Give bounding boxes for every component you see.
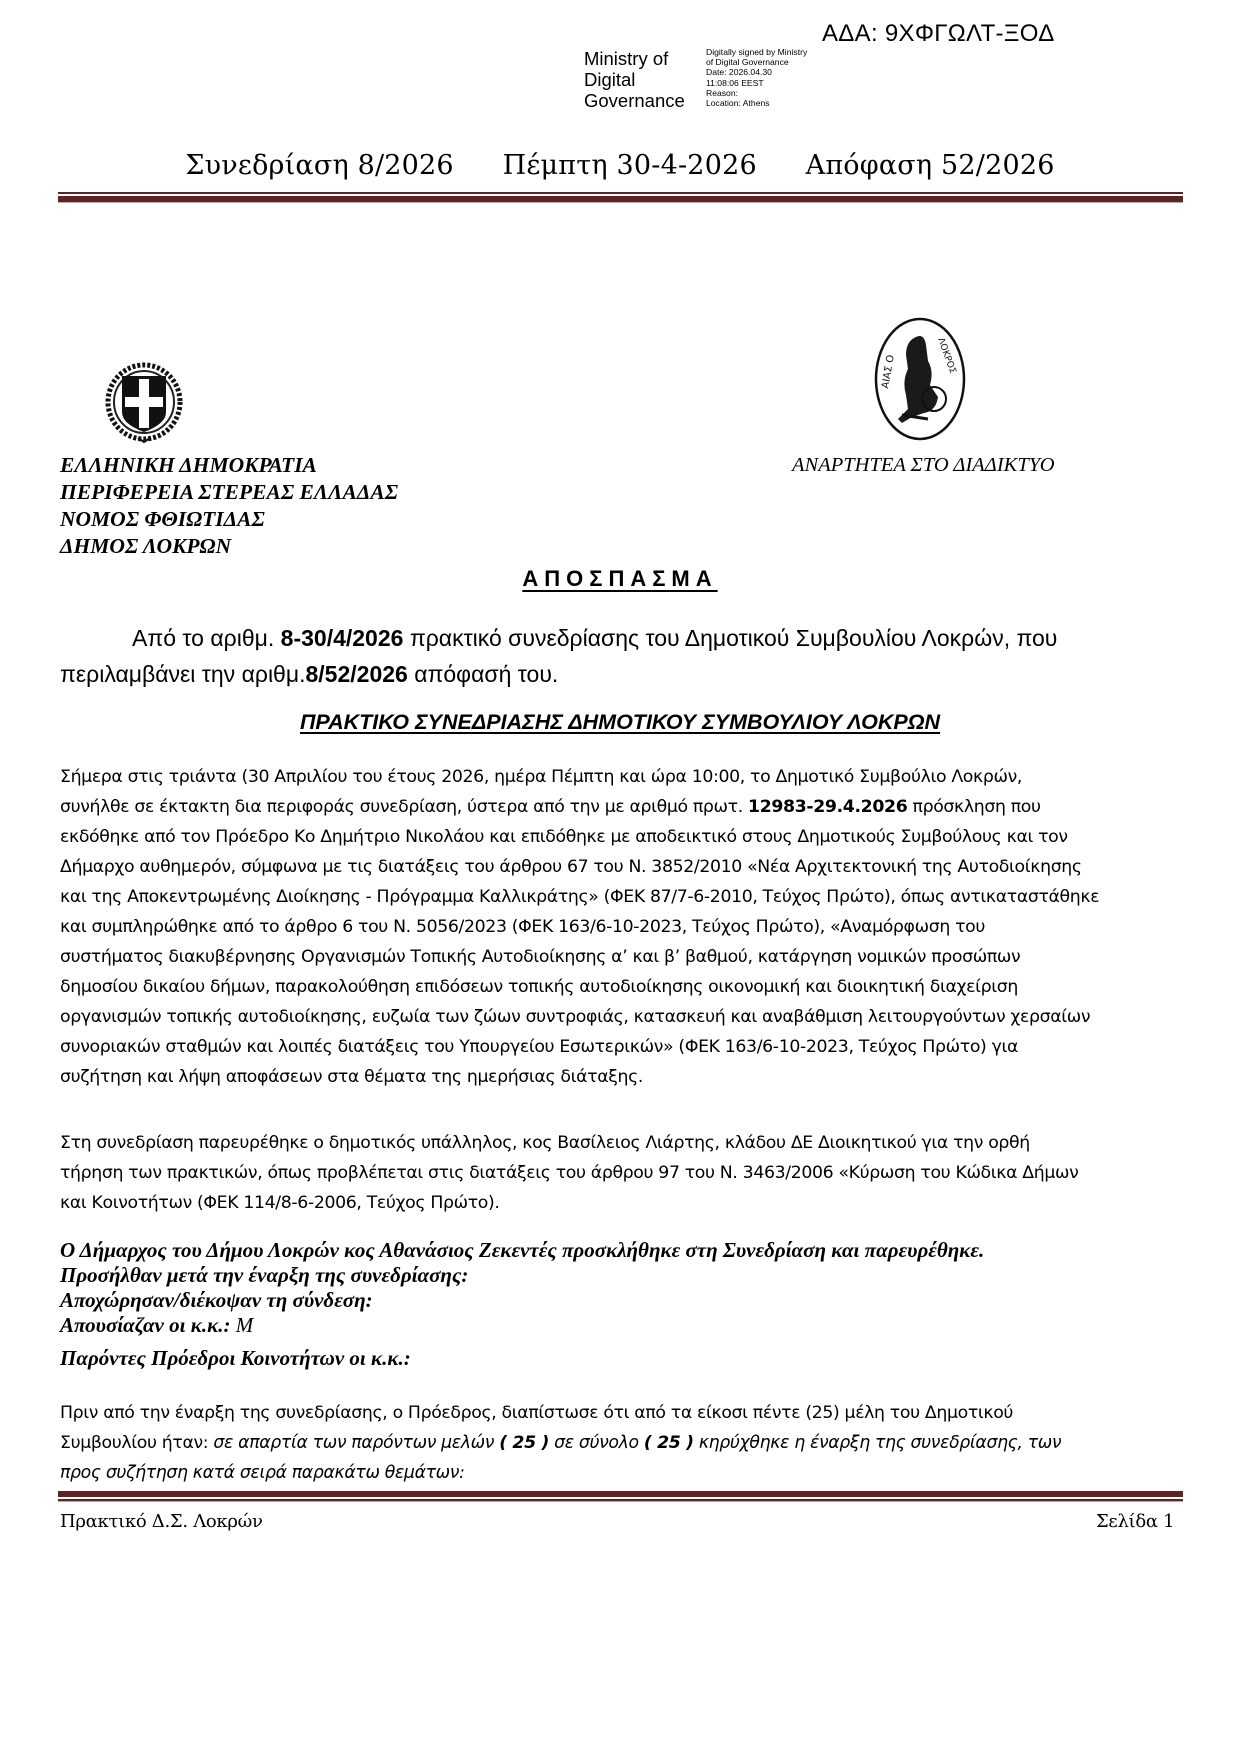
signature-date: Date: 2026.04.30: [706, 67, 807, 77]
signature-line: Digitally signed by Ministry: [706, 47, 807, 57]
session-date: Πέμπτη 30-4-2026: [503, 150, 757, 181]
signature-reason: Reason:: [706, 88, 807, 98]
community-presidents: Παρόντες Πρόεδροι Κοινοτήτων οι κ.κ.:: [60, 1346, 984, 1371]
page-header: Συνεδρίαση 8/2026 Πέμπτη 30-4-2026 Απόφα…: [0, 150, 1240, 181]
page-number: Σελίδα 1: [1096, 1511, 1174, 1532]
greek-coat-of-arms-icon: [104, 362, 184, 444]
municipality-locris-seal-icon: ΑΙΑΣ Ο ΛΟΚΡΟΣ: [872, 315, 968, 443]
issuing-authority: ΕΛΛΗΝΙΚΗ ΔΗΜΟΚΡΑΤΙΑ ΠΕΡΙΦΕΡΕΙΑ ΣΤΕΡΕΑΣ Ε…: [60, 452, 398, 560]
authority-line: ΕΛΛΗΝΙΚΗ ΔΗΜΟΚΡΑΤΙΑ: [60, 452, 398, 479]
ada-code: ΑΔΑ: 9ΧΦΓΩΛΤ-ΞΟΔ: [822, 20, 1055, 48]
svg-text:ΑΙΑΣ Ο: ΑΙΑΣ Ο: [880, 354, 897, 390]
absent-members: Απουσίαζαν οι κ.κ.: Μ: [60, 1313, 984, 1338]
signature-location: Location: Athens: [706, 98, 807, 108]
decision-ref: 8/52/2026: [306, 661, 408, 687]
session-paragraph: Σήμερα στις τριάντα (30 Απριλίου του έτο…: [60, 762, 1190, 1092]
authority-line: ΔΗΜΟΣ ΛΟΚΡΩΝ: [60, 533, 398, 560]
decision-number: Απόφαση 52/2026: [806, 150, 1055, 181]
signer-organization: Ministry of Digital Governance: [584, 48, 685, 111]
footer-document-name: Πρακτικό Δ.Σ. Λοκρών: [60, 1511, 263, 1532]
total-count: ( 25 ): [644, 1433, 694, 1453]
signer-org-line: Governance: [584, 90, 685, 111]
mayor-attendance: Ο Δήμαρχος του Δήμου Λοκρών κος Αθανάσιο…: [60, 1238, 984, 1263]
minutes-number: 8-30/4/2026: [281, 625, 404, 651]
signer-org-line: Digital: [584, 69, 685, 90]
publish-online-note: ΑΝΑΡΤΗΤΕΑ ΣΤΟ ΔΙΑΔΙΚΤΥΟ: [792, 454, 1055, 477]
digital-signature-details: Digitally signed by Ministry of Digital …: [706, 47, 807, 108]
attendance-block: Ο Δήμαρχος του Δήμου Λοκρών κος Αθανάσιο…: [60, 1238, 984, 1371]
secretary-paragraph: Στη συνεδρίαση παρευρέθηκε ο δημοτικός υ…: [60, 1128, 1190, 1218]
present-count: ( 25 ): [499, 1433, 549, 1453]
document-title: ΑΠΟΣΠΑΣΜΑ: [0, 566, 1240, 592]
authority-line: ΝΟΜΟΣ ΦΘΙΩΤΙΔΑΣ: [60, 506, 398, 533]
signature-time: 11:08:06 EEST: [706, 78, 807, 88]
footer-divider: [58, 1491, 1183, 1502]
header-divider: [58, 192, 1183, 203]
minutes-title: ΠΡΑΚΤΙΚΟ ΣΥΝΕΔΡΙΑΣΗΣ ΔΗΜΟΤΙΚΟΥ ΣΥΜΒΟΥΛΙΟ…: [0, 710, 1240, 735]
left-session: Αποχώρησαν/διέκοψαν τη σύνδεση:: [60, 1288, 984, 1313]
signer-org-line: Ministry of: [584, 48, 685, 69]
authority-line: ΠΕΡΙΦΕΡΕΙΑ ΣΤΕΡΕΑΣ ΕΛΛΑΔΑΣ: [60, 479, 398, 506]
quorum-paragraph: Πριν από την έναρξη της συνεδρίασης, ο Π…: [60, 1398, 1190, 1488]
arrived-late: Προσήλθαν μετά την έναρξη της συνεδρίαση…: [60, 1263, 984, 1288]
signature-line: of Digital Governance: [706, 57, 807, 67]
session-number: Συνεδρίαση 8/2026: [185, 150, 453, 181]
invitation-number: 12983-29.4.2026: [748, 797, 907, 817]
intro-paragraph: Από το αριθμ. 8-30/4/2026 πρακτικό συνεδ…: [60, 620, 1190, 692]
